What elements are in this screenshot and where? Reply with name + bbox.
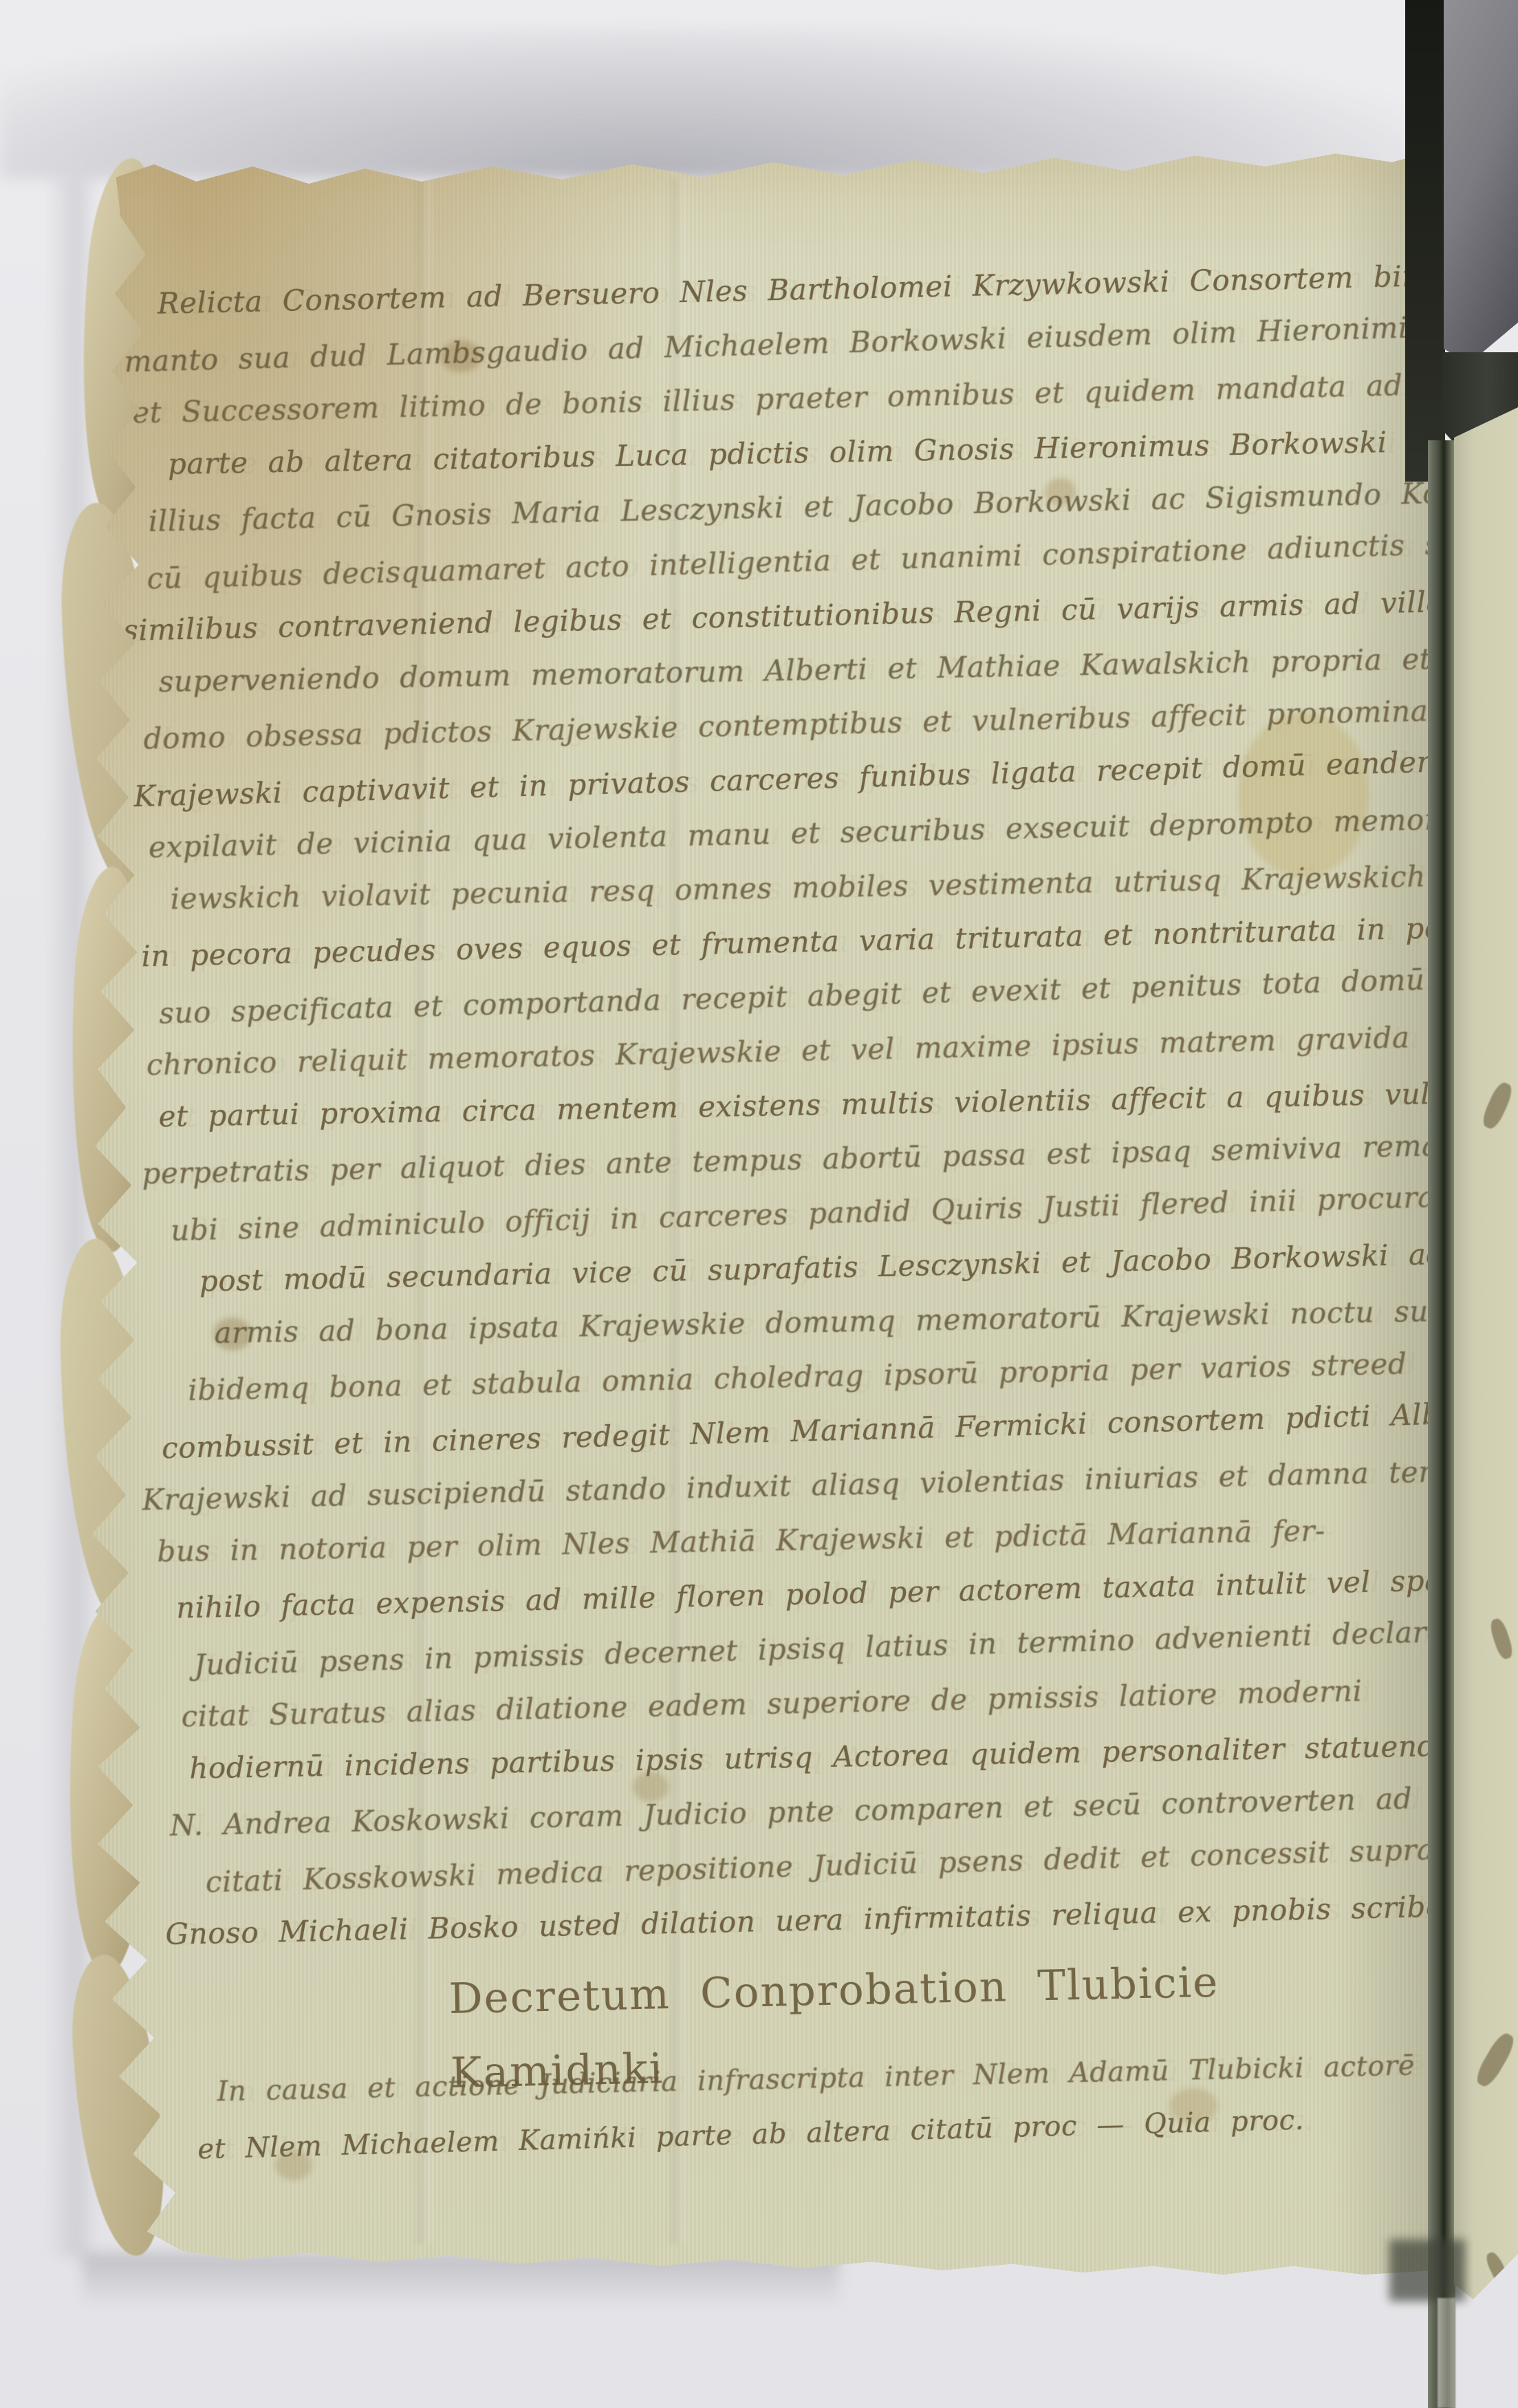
gutter-bottom-shadow [1389, 2239, 1465, 2301]
page-top-cast-shadow [0, 28, 1410, 179]
facing-page-ink-fragment [1473, 2030, 1518, 2090]
section-heading-decretum: Decretum Conprobation Tlubicie Kamidnki [448, 1941, 1437, 2036]
facing-page-ink-fragment [1488, 1617, 1515, 1661]
gutter-rod-below-page [1438, 2298, 1455, 2408]
manuscript-page: Relicta Consortem ad Bersuero Nles Barth… [28, 134, 1434, 2288]
clamp-metal-wedge [1444, 0, 1518, 375]
book-gutter-fold [1428, 440, 1455, 2408]
facing-page-ink-fragment [1484, 2250, 1513, 2290]
facing-page-ink-fragment [1479, 1080, 1515, 1132]
handwritten-text-block: Relicta Consortem ad Bersuero Nles Barth… [116, 249, 1440, 2175]
manuscript-photo-scene: Relicta Consortem ad Bersuero Nles Barth… [0, 0, 1518, 2408]
page-bottom-cast-shadow [83, 2253, 839, 2308]
facing-page-edge [1454, 407, 1518, 2299]
book-clamp-bar [1405, 0, 1445, 482]
